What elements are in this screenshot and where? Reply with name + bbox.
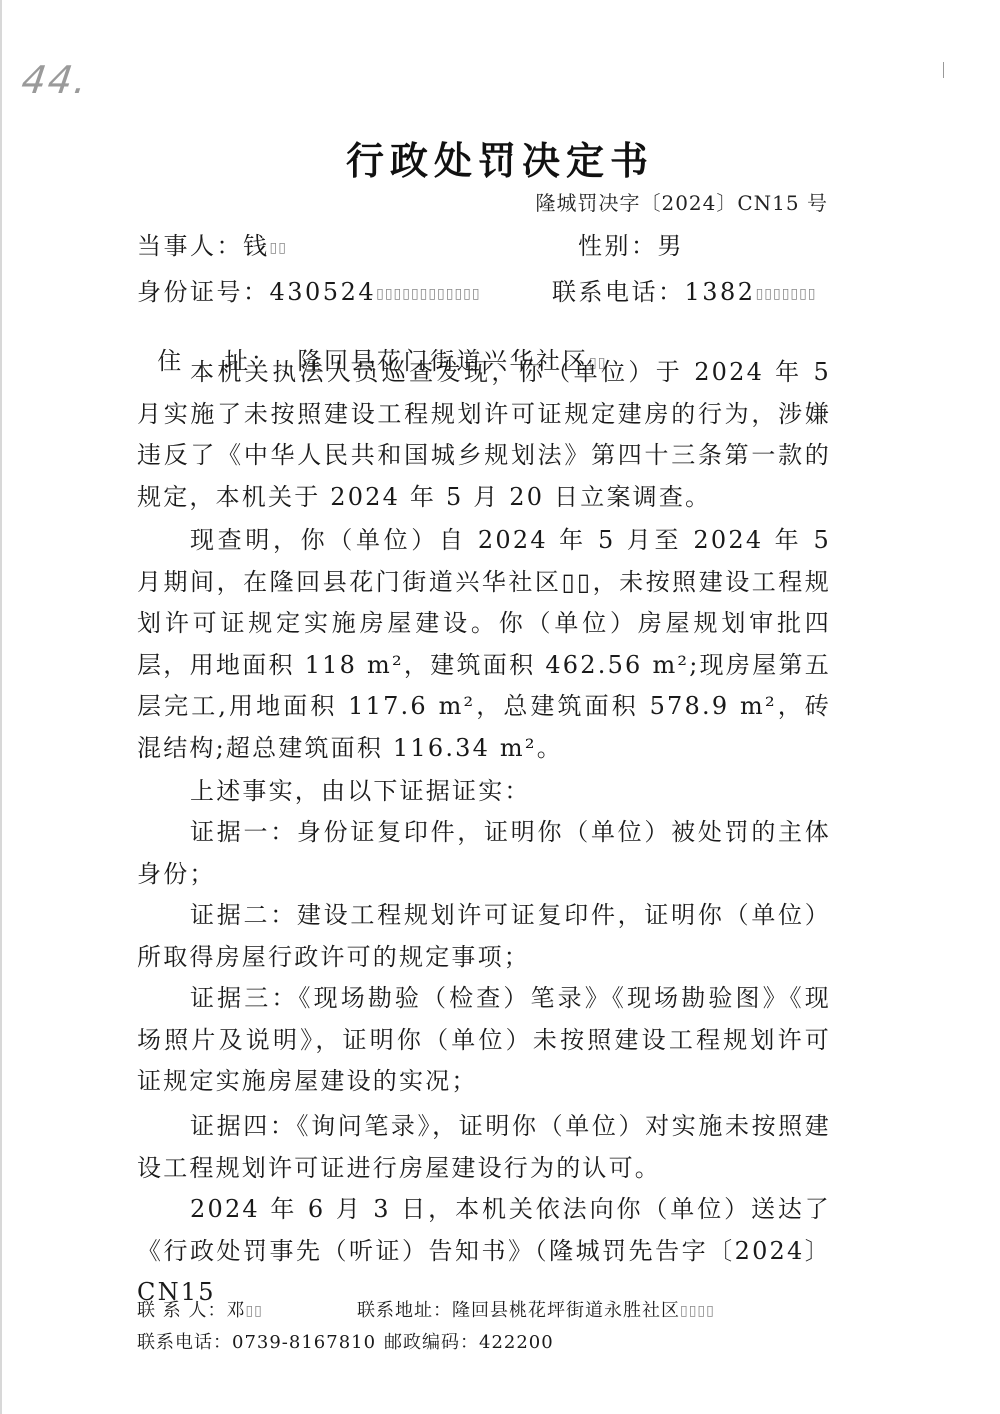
document-number: 隆城罚决字〔2024〕CN15 号	[535, 187, 828, 216]
paragraph-findings: 现查明，你（单位）自 2024 年 5 月至 2024 年 5 月期间，在隆回县…	[137, 520, 831, 769]
gender-value: 男	[658, 232, 685, 260]
redacted-text: ▯▯	[245, 1303, 262, 1319]
footer-phone-row: 联系电话：0739-8167810	[137, 1328, 376, 1354]
party-name-row: 当事人：钱▯▯	[137, 226, 287, 261]
contact-address-value: 隆回县桃花坪街道永胜社区	[452, 1300, 680, 1321]
party-name-value: 钱	[243, 232, 270, 260]
paragraph-evidence-4: 证据四：《询问笔录》，证明你（单位）对实施未按照建设工程规划许可证进行房屋建设行…	[137, 1106, 831, 1189]
contact-address-label: 联系地址：	[357, 1300, 452, 1321]
id-label: 身份证号：	[137, 278, 270, 306]
paragraph-notice: 2024 年 6 月 3 日，本机关依法向你（单位）送达了《行政处罚事先（听证）…	[137, 1189, 831, 1314]
party-name-label: 当事人：	[137, 232, 243, 260]
party-phone-row: 联系电话：1382▯▯▯▯▯▯▯	[552, 272, 817, 307]
footer-address-row: 联系地址：隆回县桃花坪街道永胜社区▯▯▯▯	[357, 1296, 715, 1322]
gender-label: 性别：	[578, 232, 658, 260]
contact-phone-label: 联系电话：	[137, 1332, 232, 1353]
postcode-value: 422200	[479, 1332, 554, 1353]
footer-contact-row: 联 系 人：邓▯▯	[137, 1296, 263, 1322]
paragraph-evidence-3: 证据三：《现场勘验（检查）笔录》《现场勘验图》《现场照片及说明》，证明你（单位）…	[137, 978, 831, 1103]
footer-postcode-row: 邮政编码：422200	[384, 1328, 554, 1354]
redacted-text: ▯▯	[270, 240, 287, 256]
phone-value: 1382	[685, 278, 756, 306]
redacted-text: ▯▯▯▯	[680, 1303, 715, 1319]
id-value: 430524	[270, 278, 377, 306]
phone-label: 联系电话：	[552, 278, 685, 306]
handwritten-page-number: 44.	[19, 58, 92, 102]
postcode-label: 邮政编码：	[384, 1332, 479, 1353]
redacted-text: ▯▯▯▯▯▯▯	[756, 286, 817, 302]
contact-label: 联 系 人：	[137, 1300, 226, 1321]
party-gender-row: 性别：男	[578, 226, 684, 261]
paragraph-evidence-1: 证据一：身份证复印件，证明你（单位）被处罚的主体身份；	[137, 812, 831, 895]
contact-value: 邓	[226, 1300, 245, 1321]
paragraph-evidence-2: 证据二：建设工程规划许可证复印件，证明你（单位）所取得房屋行政许可的规定事项；	[137, 895, 831, 978]
page-edge	[0, 0, 2, 1414]
paragraph-discovery: 本机关执法人员巡查发现，你（单位）于 2024 年 5 月实施了未按照建设工程规…	[137, 352, 831, 518]
corner-mark	[943, 62, 944, 78]
paragraph-evidence-intro: 上述事实，由以下证据证实：	[137, 771, 831, 813]
contact-phone-value: 0739-8167810	[232, 1332, 376, 1353]
redacted-text: ▯▯▯▯▯▯▯▯▯▯▯▯	[376, 286, 480, 302]
party-id-row: 身份证号：430524▯▯▯▯▯▯▯▯▯▯▯▯	[137, 272, 481, 307]
document-title: 行政处罚决定书	[0, 130, 1000, 185]
